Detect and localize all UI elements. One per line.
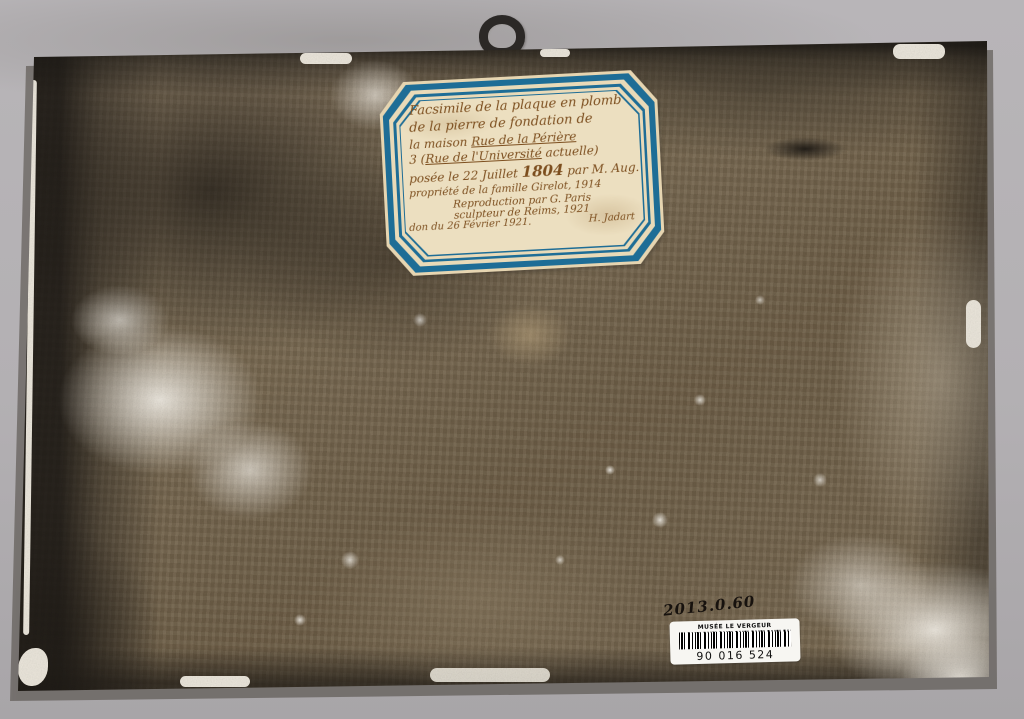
label-handwriting: Facsimile de la plaque en plomb de la pi… [409, 92, 635, 256]
paper-label: Facsimile de la plaque en plomb de la pi… [378, 69, 666, 277]
photo-backdrop: Facsimile de la plaque en plomb de la pi… [0, 0, 1024, 719]
barcode-number-text: 90 016 524 [670, 647, 800, 663]
barcode-icon [679, 630, 791, 650]
barcode-label: MUSÉE LE VERGEUR 90 016 524 [669, 618, 800, 664]
